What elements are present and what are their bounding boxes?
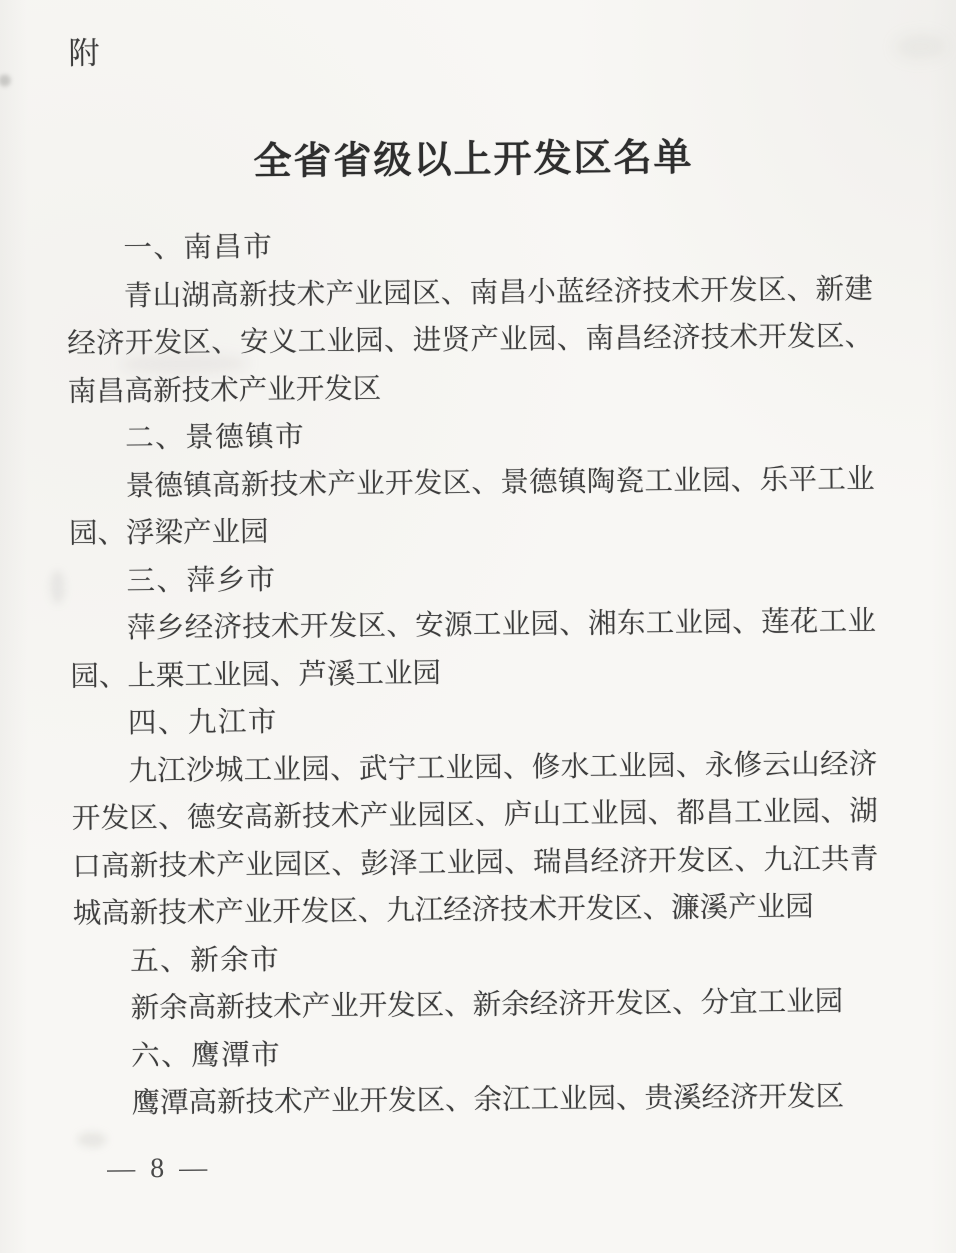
page-number: — 8 — [107, 1153, 211, 1186]
city-section-body: 九江沙城工业园、武宁工业园、修水工业园、永修云山经济开发区、德安高新技术产业园区… [71, 741, 879, 939]
scan-smudge [0, 74, 11, 86]
scan-smudge [77, 1132, 107, 1148]
document-body: 一、南昌市 青山湖高新技术产业园区、南昌小蓝经济技术开发区、新建经济开发区、安义… [66, 218, 881, 1128]
city-section-body: 景德镇高新技术产业开发区、景德镇陶瓷工业园、乐平工业园、浮梁产业园 [68, 456, 875, 559]
city-section-pingxiang: 三、萍乡市 萍乡经济技术开发区、安源工业园、湘东工业园、莲花工业园、上栗工业园、… [69, 551, 876, 701]
document-title: 全省省级以上开发区名单 [0, 123, 952, 187]
city-section-xinyu: 五、新余市 新余高新技术产业开发区、新余经济开发区、分宜工业园 [73, 931, 880, 1034]
city-section-body: 青山湖高新技术产业园区、南昌小蓝经济技术开发区、新建经济开发区、安义工业园、进贤… [67, 266, 874, 416]
city-section-heading: 四、九江市 [71, 693, 877, 748]
city-section-jiujiang: 四、九江市 九江沙城工业园、武宁工业园、修水工业园、永修云山经济开发区、德安高新… [71, 693, 879, 938]
city-section-heading: 五、新余市 [73, 931, 879, 986]
city-section-heading: 二、景德镇市 [68, 408, 874, 463]
city-section-body: 萍乡经济技术开发区、安源工业园、湘东工业园、莲花工业园、上栗工业园、芦溪工业园 [70, 598, 877, 701]
city-section-heading: 六、鹰潭市 [74, 1026, 880, 1081]
city-section-body: 鹰潭高新技术产业开发区、余江工业园、贵溪经济开发区 [74, 1073, 880, 1128]
scan-smudge [49, 570, 65, 604]
city-section-heading: 三、萍乡市 [69, 551, 875, 606]
attachment-label: 附 [68, 28, 100, 73]
scan-smudge [894, 33, 946, 59]
city-section-jingdezhen: 二、景德镇市 景德镇高新技术产业开发区、景德镇陶瓷工业园、乐平工业园、浮梁产业园 [68, 408, 875, 558]
city-section-heading: 一、南昌市 [66, 218, 872, 273]
city-section-nanchang: 一、南昌市 青山湖高新技术产业园区、南昌小蓝经济技术开发区、新建经济开发区、安义… [66, 218, 874, 416]
city-section-yingtan: 六、鹰潭市 鹰潭高新技术产业开发区、余江工业园、贵溪经济开发区 [74, 1026, 881, 1129]
city-section-body: 新余高新技术产业开发区、新余经济开发区、分宜工业园 [73, 978, 879, 1033]
scanned-page: 附 全省省级以上开发区名单 一、南昌市 青山湖高新技术产业园区、南昌小蓝经济技术… [0, 0, 956, 1253]
